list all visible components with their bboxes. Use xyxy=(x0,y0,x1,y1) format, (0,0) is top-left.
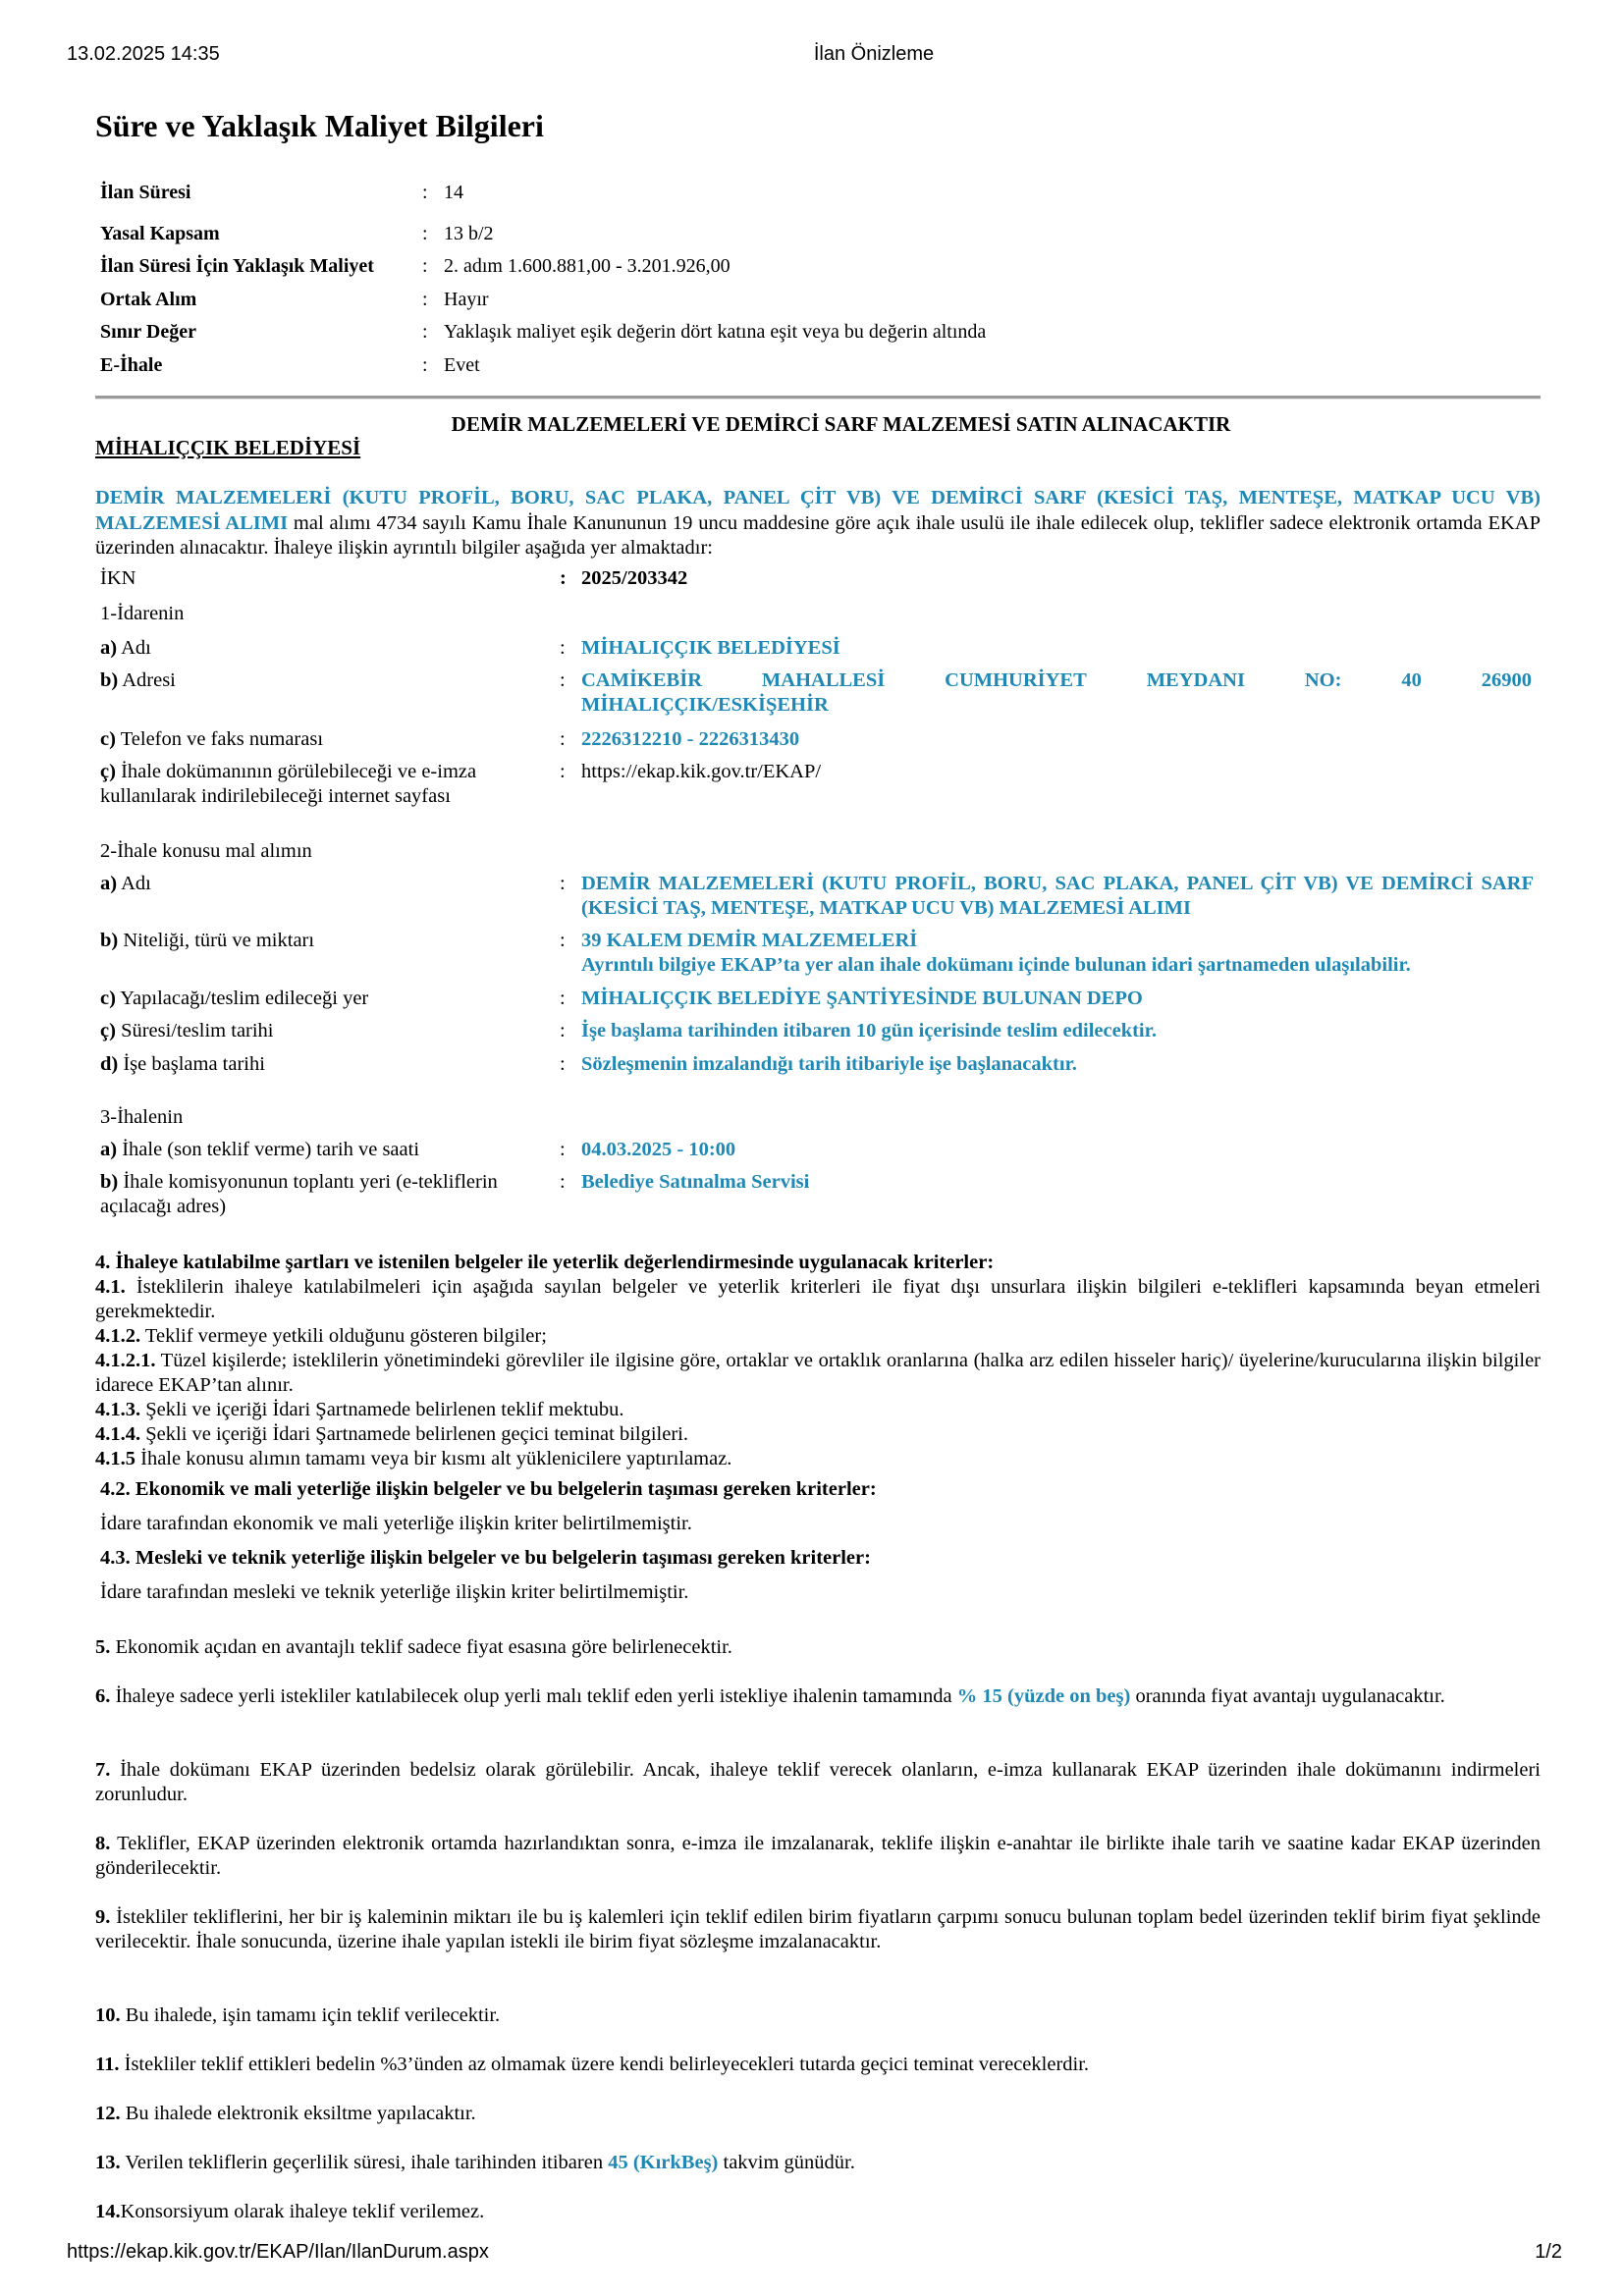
summary-value: 13 b/2 xyxy=(444,223,494,245)
criteria-4-1: 4.1. İsteklilerin ihaleye katılabilmeler… xyxy=(95,1275,1541,1324)
clause-5: 5. Ekonomik açıdan en avantajlı teklif s… xyxy=(95,1635,1541,1660)
summary-label: E-İhale xyxy=(100,354,422,377)
tender-datetime-value: 04.03.2025 - 10:00 xyxy=(581,1138,1539,1162)
section2-row-d: d) İşe başlama tarihi : Sözleşmenin imza… xyxy=(100,1052,1539,1077)
section1-row-a: a) Adı : MİHALIÇÇIK BELEDİYESİ xyxy=(100,636,1539,661)
clause-13: 13. Verilen tekliflerin geçerlilik süres… xyxy=(95,2151,1541,2175)
delivery-time-value: İşe başlama tarihinden itibaren 10 gün i… xyxy=(581,1019,1539,1043)
summary-value: Yaklaşık maliyet eşik değerin dört katın… xyxy=(444,321,986,344)
criteria-4-1-2: 4.1.2. Teklif vermeye yetkili olduğunu g… xyxy=(95,1324,1541,1349)
clause-14: 14.Konsorsiyum olarak ihaleye teklif ver… xyxy=(95,2200,1541,2224)
criteria-4-1-2-1: 4.1.2.1. Tüzel kişilerde; isteklilerin y… xyxy=(95,1349,1541,1398)
summary-label: Ortak Alım xyxy=(100,289,422,311)
document-url-value[interactable]: https://ekap.kik.gov.tr/EKAP/ xyxy=(581,760,1539,809)
address-value: CAMİKEBİR MAHALLESİ CUMHURİYET MEYDANI N… xyxy=(581,668,1539,718)
section3-row-a: a) İhale (son teklif verme) tarih ve saa… xyxy=(100,1138,1539,1162)
clause-9: 9. İstekliler tekliflerini, her bir iş k… xyxy=(95,1905,1541,1954)
ikn-value: 2025/203342 xyxy=(581,566,1539,591)
criteria-4-3-text: İdare tarafından mesleki ve teknik yeter… xyxy=(100,1580,688,1605)
summary-row-sinir-deger: Sınır Değer:Yaklaşık maliyet eşik değeri… xyxy=(100,321,986,344)
clause-12: 12. Bu ihalede elektronik eksiltme yapıl… xyxy=(95,2102,1541,2126)
quantity-value: 39 KALEM DEMİR MALZEMELERİ Ayrıntılı bil… xyxy=(581,929,1539,978)
agency-value: MİHALIÇÇIK BELEDİYESİ xyxy=(581,636,1539,661)
delivery-place-value: MİHALIÇÇIK BELEDİYE ŞANTİYESİNDE BULUNAN… xyxy=(581,987,1539,1011)
summary-row-yaklasik-maliyet: İlan Süresi İçin Yaklaşık Maliyet:2. adı… xyxy=(100,255,730,278)
criteria-4-2-text: İdare tarafından ekonomik ve mali yeterl… xyxy=(100,1512,692,1536)
print-page-title: İlan Önizleme xyxy=(0,43,1623,66)
clause-10: 10. Bu ihalede, işin tamamı için teklif … xyxy=(95,2003,1541,2028)
start-date-value: Sözleşmenin imzalandığı tarih itibariyle… xyxy=(581,1052,1539,1077)
criteria-4-1-3: 4.1.3. Şekli ve içeriği İdari Şartnamede… xyxy=(95,1398,1541,1422)
notice-heading: DEMİR MALZEMELERİ VE DEMİRCİ SARF MALZEM… xyxy=(0,412,1623,437)
clause-8: 8. Teklifler, EKAP üzerinden elektronik … xyxy=(95,1832,1541,1881)
summary-title: Süre ve Yaklaşık Maliyet Bilgileri xyxy=(95,108,544,144)
summary-label: Yasal Kapsam xyxy=(100,223,422,245)
summary-row-yasal-kapsam: Yasal Kapsam:13 b/2 xyxy=(100,223,494,245)
summary-value: Evet xyxy=(444,354,480,377)
phone-fax-value: 2226312210 - 2226313430 xyxy=(581,727,1539,752)
summary-value: Hayır xyxy=(444,289,489,311)
clause-6: 6. İhaleye sadece yerli istekliler katıl… xyxy=(95,1684,1541,1709)
section2-row-cc: ç) Süresi/teslim tarihi : İşe başlama ta… xyxy=(100,1019,1539,1043)
notice-intro: DEMİR MALZEMELERİ (KUTU PROFİL, BORU, SA… xyxy=(95,486,1541,561)
section1-title: 1-İdarenin xyxy=(100,603,184,625)
summary-row-ortak-alim: Ortak Alım:Hayır xyxy=(100,289,489,311)
clause-11: 11. İstekliler teklif ettikleri bedelin … xyxy=(95,2053,1541,2077)
intro-text: mal alımı 4734 sayılı Kamu İhale Kanunun… xyxy=(95,512,1541,560)
criteria-4-1-4: 4.1.4. Şekli ve içeriği İdari Şartnamede… xyxy=(95,1422,1541,1447)
section2-row-c: c) Yapılacağı/teslim edileceği yer : MİH… xyxy=(100,987,1539,1011)
agency-name: MİHALIÇÇIK BELEDİYESİ xyxy=(95,436,360,460)
summary-row-e-ihale: E-İhale:Evet xyxy=(100,354,480,377)
section3-title: 3-İhalenin xyxy=(100,1106,183,1129)
price-advantage-highlight: % 15 (yüzde on beş) xyxy=(957,1685,1131,1707)
section1-row-c: c) Telefon ve faks numarası : 2226312210… xyxy=(100,727,1539,752)
summary-value: 14 xyxy=(444,182,463,204)
meeting-place-value: Belediye Satınalma Servisi xyxy=(581,1170,1539,1219)
print-footer-url: https://ekap.kik.gov.tr/EKAP/Ilan/IlanDu… xyxy=(67,2241,489,2264)
validity-highlight: 45 (KırkBeş) xyxy=(608,2152,718,2173)
summary-value: 2. adım 1.600.881,00 - 3.201.926,00 xyxy=(444,255,730,278)
tender-name-value: DEMİR MALZEMELERİ (KUTU PROFİL, BORU, SA… xyxy=(581,872,1539,921)
clause-7: 7. İhale dokümanı EKAP üzerinden bedelsi… xyxy=(95,1758,1541,1807)
section3-row-b: b) İhale komisyonunun toplantı yeri (e-t… xyxy=(100,1170,1539,1219)
criteria-4-3-heading: 4.3. Mesleki ve teknik yeterliğe ilişkin… xyxy=(100,1546,871,1571)
summary-label: İlan Süresi xyxy=(100,182,422,204)
section1-row-b: b) Adresi : CAMİKEBİR MAHALLESİ CUMHURİY… xyxy=(100,668,1539,718)
summary-label: İlan Süresi İçin Yaklaşık Maliyet xyxy=(100,255,422,278)
section1-row-cc: ç) İhale dokümanının görülebileceği ve e… xyxy=(100,760,1539,809)
criteria-4-1-5: 4.1.5 İhale konusu alımın tamamı veya bi… xyxy=(95,1447,1541,1471)
section2-row-a: a) Adı : DEMİR MALZEMELERİ (KUTU PROFİL,… xyxy=(100,872,1539,921)
section4-heading: 4. İhaleye katılabilme şartları ve isten… xyxy=(95,1251,1541,1275)
print-page-number: 1/2 xyxy=(1535,2241,1562,2264)
criteria-4-2-heading: 4.2. Ekonomik ve mali yeterliğe ilişkin … xyxy=(100,1477,877,1502)
summary-row-ilan-suresi: İlan Süresi:14 xyxy=(100,182,463,204)
ikn-label: İKN xyxy=(100,566,560,591)
section2-title: 2-İhale konusu mal alımın xyxy=(100,840,312,863)
section2-row-b: b) Niteliği, türü ve miktarı : 39 KALEM … xyxy=(100,929,1539,978)
summary-label: Sınır Değer xyxy=(100,321,422,344)
ikn-row: İKN : 2025/203342 xyxy=(100,566,1539,591)
section-divider xyxy=(95,396,1541,400)
